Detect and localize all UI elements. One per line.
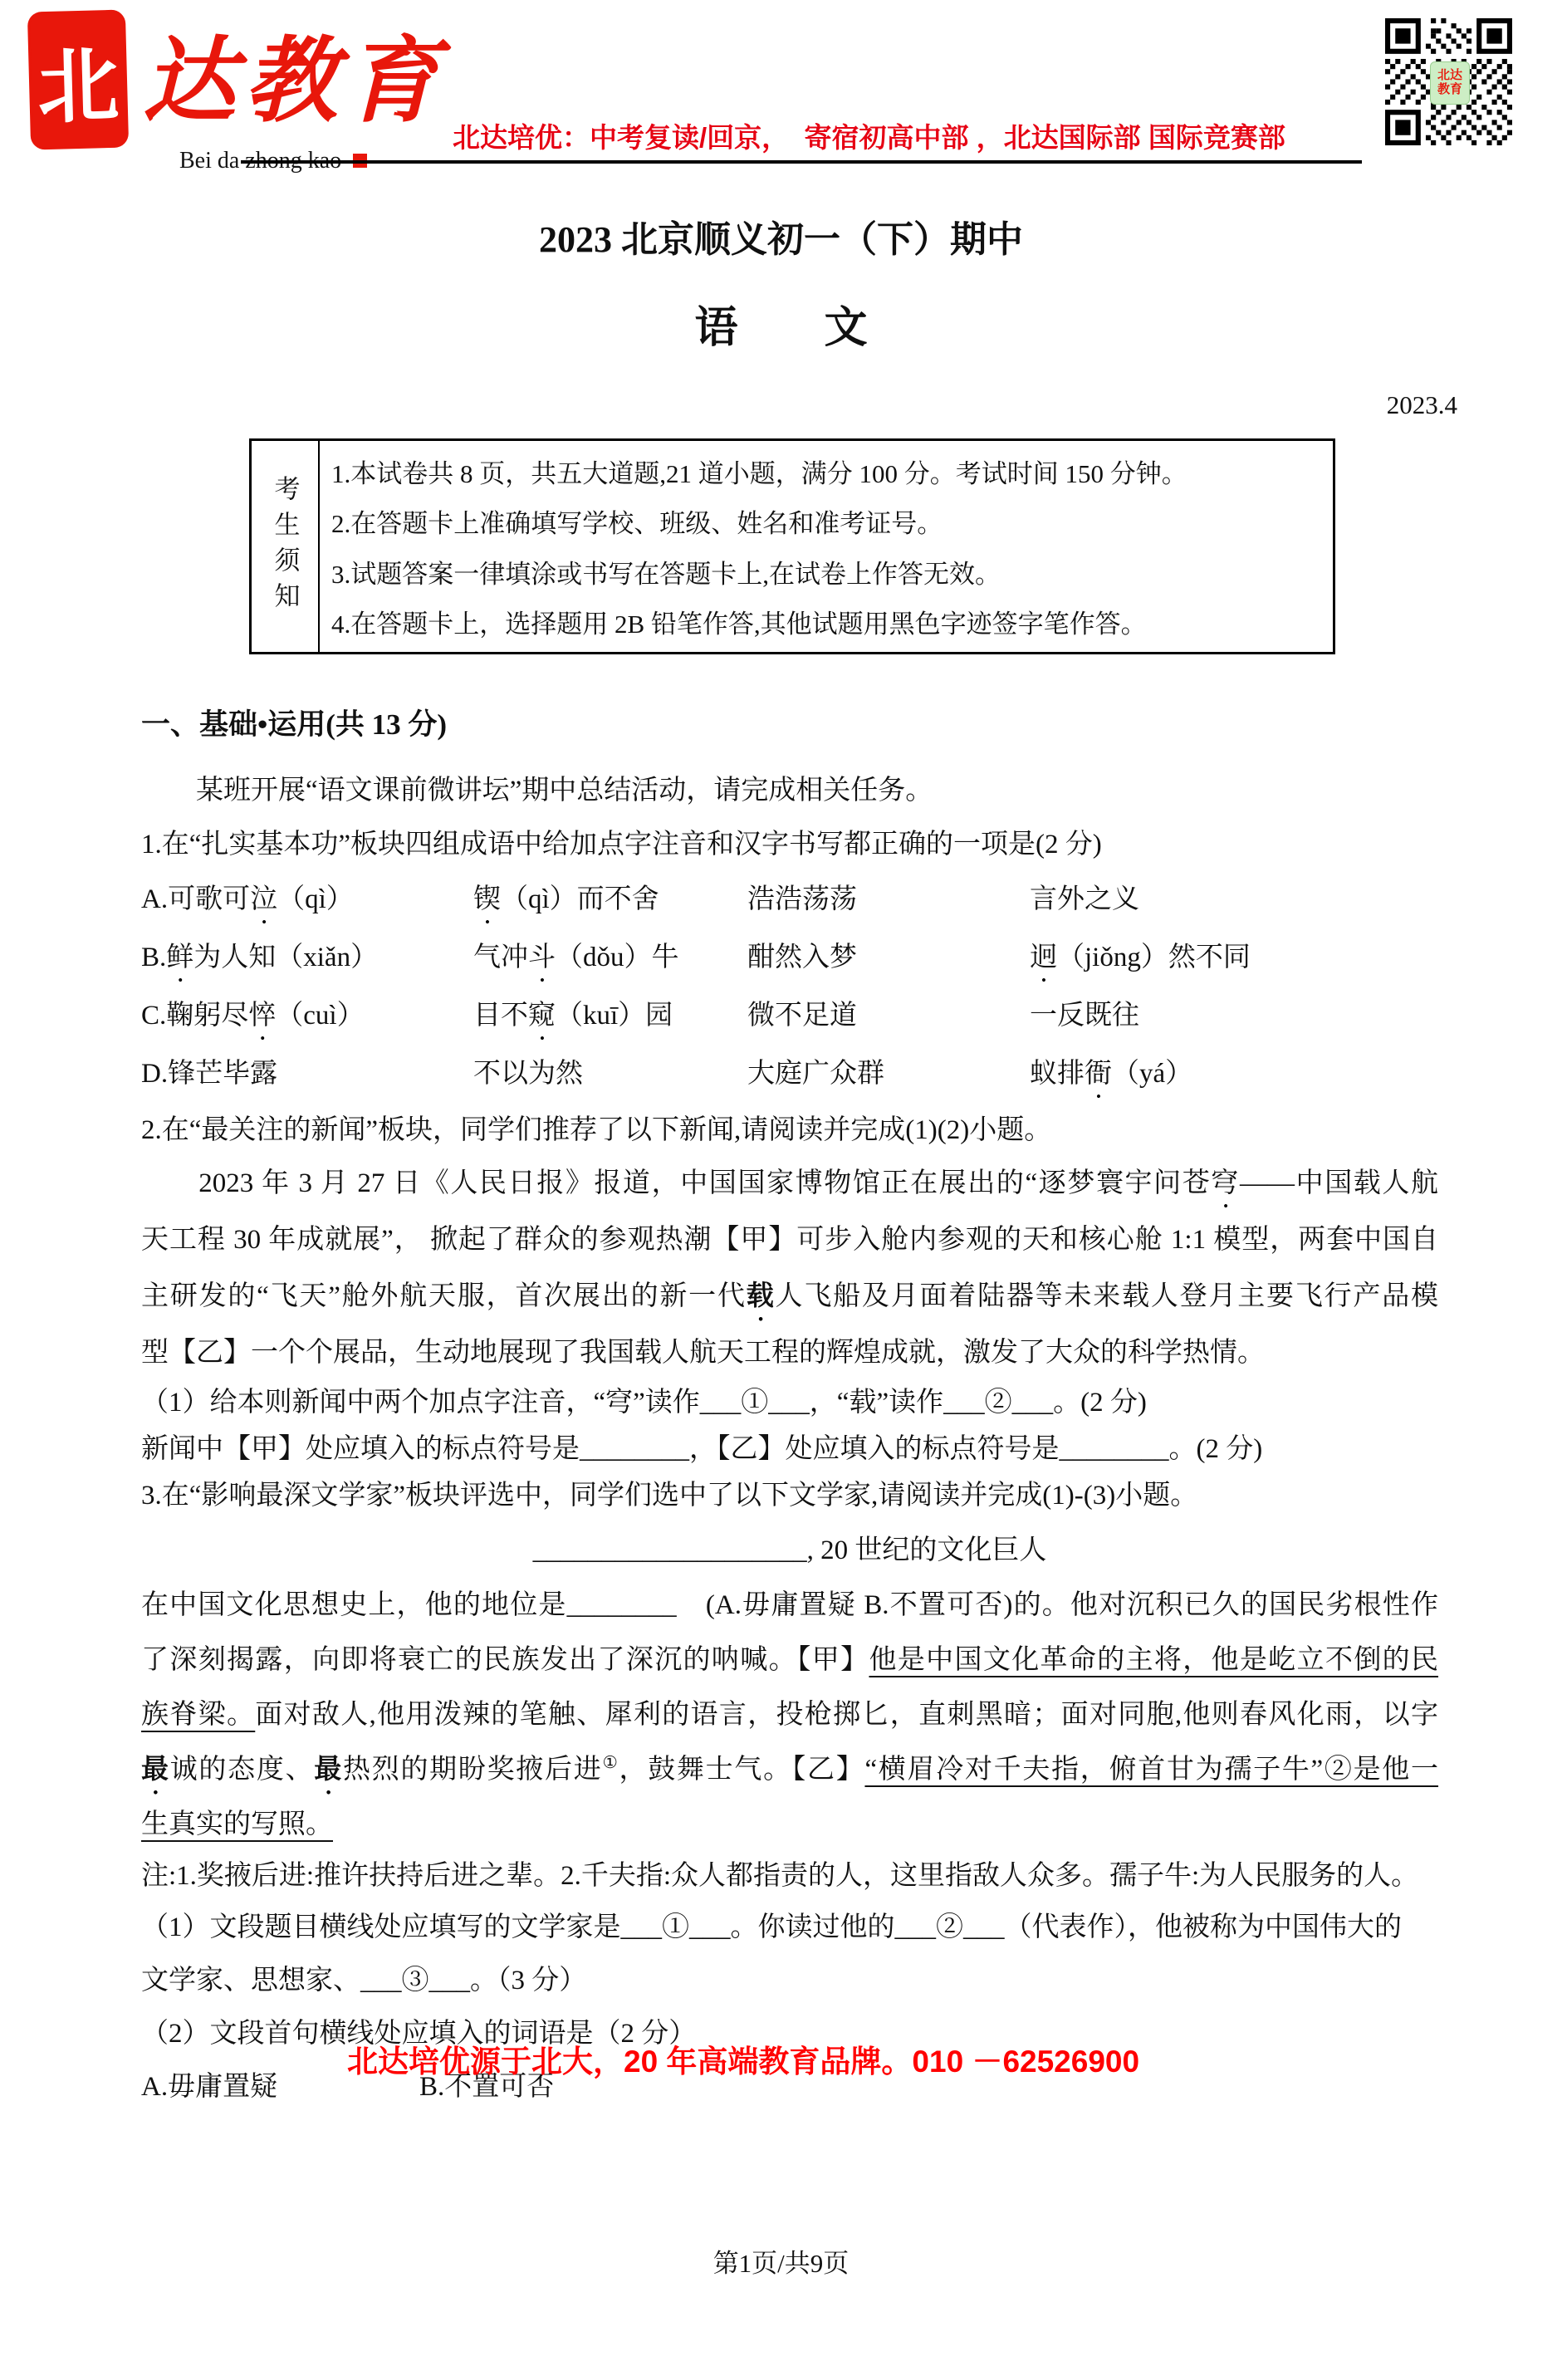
text-segment: 斗	[528, 943, 556, 972]
text-segment: （jiǒng）然不同	[1057, 943, 1251, 972]
text-segment: 载	[747, 1281, 776, 1311]
question-3: 3.在“影响最深文学家”板块评选中，同学们选中了以下文学家,请阅读并完成(1)-…	[141, 1473, 1438, 1512]
text-segment: 气冲	[473, 943, 528, 972]
text-segment: 为人知（xiǎn）	[193, 943, 378, 972]
text-segment: C.鞠躬尽	[141, 1001, 248, 1031]
option-cell: 酣然入梦	[747, 935, 857, 974]
option-cell: 目不窥（kuī）园	[473, 993, 673, 1046]
text-segment: “横眉冷对千夫指，俯首甘为孺子牛”②是他一	[864, 1755, 1438, 1785]
text-segment: 诚的态度、	[170, 1755, 315, 1785]
intro-line: 某班开展“语文课前微讲坛”期中总结活动，请完成相关任务。	[141, 768, 1438, 807]
option-cell: 气冲斗（dǒu）牛	[473, 935, 679, 988]
option-cell: B.鲜为人知（xiǎn）	[141, 935, 378, 988]
notice-item: 3.试题答案一律填涂或书写在答题卡上,在试卷上作答无效。	[331, 553, 1333, 590]
notice-side-cell: 考生须知	[252, 441, 320, 652]
notice-item: 2.在答题卡上准确填写学校、班级、姓名和准考证号。	[331, 502, 1333, 540]
text-segment: ①	[602, 1754, 619, 1772]
text-segment: 热烈的期盼奖掖后进	[343, 1755, 602, 1785]
news-paragraph-line: 2023 年 3 月 27 日《人民日报》报道，中国国家博物馆正在展出的“逐梦寰…	[141, 1161, 1438, 1214]
notice-box: 考生须知 1.本试卷共 8 页，共五大道题,21 道小题，满分 100 分。考试…	[249, 438, 1335, 654]
beida-logo-text: 达教育	[143, 7, 447, 140]
question-3-sub1-cont: 文学家、思想家、___③___。（3 分）	[141, 1958, 1438, 1997]
passage-line: 生真实的写照。	[141, 1802, 1438, 1841]
exam-title: 2023 北京顺义初一（下）期中	[0, 209, 1562, 262]
text-segment: 2.在“最关注的新闻”板块，同学们推荐了以下新闻,请阅读并完成(1)(2)小题。	[141, 1115, 1051, 1145]
beida-logo-seal: 北	[30, 12, 126, 148]
text-segment: D.锋芒毕露	[141, 1059, 277, 1089]
text-segment: 蚁排	[1030, 1059, 1085, 1089]
text-segment: ——中国载人航	[1240, 1168, 1438, 1198]
qr-code: 北达 教育	[1385, 18, 1512, 145]
text-segment: 最	[314, 1755, 343, 1785]
text-segment: 微不足道	[747, 1001, 857, 1031]
text-segment: ____________________, 20 世纪的文化巨人	[533, 1535, 1047, 1565]
option-cell: 锲（qì）而不舍	[473, 877, 659, 930]
text-segment: 迥	[1030, 943, 1057, 972]
text-segment: 他是中国文化革命的主将，他是屹立不倒的民	[869, 1645, 1438, 1675]
text-segment: 酣然入梦	[747, 943, 857, 972]
text-segment: 穹	[1211, 1168, 1240, 1198]
text-segment: 型【乙】一个个展品，生动地展现了我国载人航天工程的辉煌成就，激发了大众的科学热情…	[141, 1338, 1265, 1368]
text-segment: A.可歌可	[141, 884, 250, 914]
option-cell: A.毋庸置疑	[141, 2064, 277, 2103]
text-segment: 文学家、思想家、___③___。（3 分）	[141, 1966, 586, 1996]
text-segment: 大庭广众群	[747, 1059, 884, 1089]
text-segment: 窥	[528, 1001, 556, 1031]
option-cell: 蚁排衙（yá）	[1030, 1051, 1192, 1104]
text-segment: 衙	[1085, 1059, 1112, 1089]
text-segment: 人飞船及月面着陆器等未来载人登月主要飞行产品模	[776, 1281, 1438, 1311]
notice-item: 1.本试卷共 8 页，共五大道题,21 道小题，满分 100 分。考试时间 15…	[331, 453, 1333, 490]
text-segment: 不以为然	[473, 1059, 583, 1089]
exam-page: 北 达教育 Bei da zhong kao 北达培优：中考复读/回京， 寄宿初…	[0, 0, 1562, 2380]
option-cell: 大庭广众群	[747, 1051, 884, 1090]
qr-label-top: 北达	[1437, 69, 1462, 83]
text-segment: 浩浩荡荡	[747, 884, 857, 914]
page-footer: 第1页/共9页	[0, 2242, 1562, 2280]
option-cell: D.锋芒毕露	[141, 1051, 277, 1090]
qr-label-bottom: 教育	[1437, 83, 1462, 97]
text-segment: 族脊梁。	[141, 1700, 255, 1730]
header-tagline: 北达培优：中考复读/回京， 寄宿初高中部 ，北达国际部 国际竞赛部	[453, 116, 1285, 155]
section-heading: 一、基础•运用(共 13 分)	[141, 702, 1438, 743]
notice-side-label: 考生须知	[267, 475, 304, 618]
text-segment: 一反既往	[1030, 1001, 1139, 1031]
passage-title: ____________________, 20 世纪的文化巨人	[141, 1528, 1438, 1567]
option-cell: 迥（jiǒng）然不同	[1030, 935, 1251, 988]
passage-line: 在中国文化思想史上，他的地位是________ (A.毋庸置疑 B.不置可否)的…	[141, 1583, 1438, 1622]
question-2-sub2: 新闻中【甲】处应填入的标点符号是________，【乙】处应填入的标点符号是__…	[141, 1427, 1438, 1466]
option-cell: C.鞠躬尽悴（cuì）	[141, 993, 365, 1046]
text-segment: （qì）而不舍	[501, 884, 659, 914]
passage-line: 族脊梁。面对敌人,他用泼辣的笔触、犀利的语言，投枪掷匕，直刺黑暗；面对同胞,他则…	[141, 1692, 1438, 1731]
exam-date: 2023.4	[1246, 390, 1457, 420]
option-cell: 微不足道	[747, 993, 857, 1032]
text-segment: 3.在“影响最深文学家”板块评选中，同学们选中了以下文学家,请阅读并完成(1)-…	[141, 1481, 1197, 1511]
text-segment: 最	[141, 1755, 170, 1785]
text-segment: 天工程 30 年成就展”， 掀起了群众的参观热潮【甲】可步入舱内参观的天和核心舱…	[141, 1225, 1438, 1255]
text-segment: 泣	[250, 884, 277, 914]
option-cell: 浩浩荡荡	[747, 877, 857, 916]
text-segment: 言外之义	[1030, 884, 1139, 914]
text-segment: （yá）	[1112, 1059, 1192, 1089]
seal-char: 北	[36, 20, 120, 140]
passage-line: 最诚的态度、最热烈的期盼奖掖后进①，鼓舞士气。【乙】“横眉冷对千夫指，俯首甘为孺…	[141, 1747, 1438, 1800]
text-segment: （1）给本则新闻中两个加点字注音，“穹”读作___①___，“载”读作___②_…	[141, 1388, 1147, 1418]
text-segment: 悴	[248, 1001, 276, 1031]
passage-line: 了深刻揭露，向即将衰亡的民族发出了深沉的呐喊。【甲】他是中国文化革命的主将，他是…	[141, 1638, 1438, 1677]
text-segment: 了深刻揭露，向即将衰亡的民族发出了深沉的呐喊。【甲】	[141, 1645, 869, 1675]
option-cell: 不以为然	[473, 1051, 583, 1090]
text-segment: 锲	[473, 884, 501, 914]
question-1: 1.在“扎实基本功”板块四组成语中给加点字注音和汉字书写都正确的一项是(2 分)	[141, 822, 1438, 861]
notice-items: 1.本试卷共 8 页，共五大道题,21 道小题，满分 100 分。考试时间 15…	[320, 441, 1333, 652]
text-segment: B.	[141, 943, 166, 972]
text-segment: 目不	[473, 1001, 528, 1031]
news-paragraph-line: 型【乙】一个个展品，生动地展现了我国载人航天工程的辉煌成就，激发了大众的科学热情…	[141, 1330, 1438, 1369]
text-segment: （kuī）园	[556, 1001, 673, 1031]
text-segment: （dǒu）牛	[556, 943, 679, 972]
text-segment: ，鼓舞士气。【乙】	[619, 1755, 865, 1785]
text-segment: 1.在“扎实基本功”板块四组成语中给加点字注音和汉字书写都正确的一项是(2 分)	[141, 830, 1102, 859]
option-cell: 言外之义	[1030, 877, 1139, 916]
text-segment: 一、基础•运用(共 13 分)	[141, 708, 447, 741]
text-segment: 主研发的“飞天”舱外航天服，首次展出的新一代	[141, 1281, 747, 1311]
option-cell: 一反既往	[1030, 993, 1139, 1032]
text-segment: 生真实的写照。	[141, 1809, 333, 1839]
text-segment: （1）文段题目横线处应填写的文学家是___①___。你读过他的___②___（代…	[141, 1912, 1402, 1942]
question-2: 2.在“最关注的新闻”板块，同学们推荐了以下新闻,请阅读并完成(1)(2)小题。	[141, 1108, 1438, 1147]
text-segment: A.毋庸置疑	[141, 2072, 277, 2102]
text-segment: （qì）	[277, 884, 354, 914]
text-segment: 鲜	[166, 943, 193, 972]
text-segment: 某班开展“语文课前微讲坛”期中总结活动，请完成相关任务。	[141, 776, 933, 806]
passage-note: 注:1.奖掖后进:推许扶持后进之辈。2.千夫指:众人都指责的人，这里指敌人众多。…	[141, 1854, 1438, 1893]
qr-center-label: 北达 教育	[1430, 61, 1470, 105]
text-segment: 2023 年 3 月 27 日《人民日报》报道，中国国家博物馆正在展出的“逐梦寰…	[141, 1168, 1211, 1198]
text-segment: （cuì）	[276, 1001, 364, 1031]
question-3-sub1: （1）文段题目横线处应填写的文学家是___①___。你读过他的___②___（代…	[141, 1905, 1438, 1944]
news-paragraph-line: 主研发的“飞天”舱外航天服，首次展出的新一代载人飞船及月面着陆器等未来载人登月主…	[141, 1274, 1438, 1327]
watermark-text: 北达培优源于北大，20 年高端教育品牌。010 －62526900	[347, 2036, 1139, 2081]
option-cell: A.可歌可泣（qì）	[141, 877, 354, 930]
question-2-sub1: （1）给本则新闻中两个加点字注音，“穹”读作___①___，“载”读作___②_…	[141, 1380, 1438, 1419]
text-segment: 在中国文化思想史上，他的地位是________ (A.毋庸置疑 B.不置可否)的…	[141, 1590, 1438, 1620]
notice-item: 4.在答题卡上，选择题用 2B 铅笔作答,其他试题用黑色字迹签字笔作答。	[331, 603, 1333, 640]
text-segment: 新闻中【甲】处应填入的标点符号是________，【乙】处应填入的标点符号是__…	[141, 1434, 1262, 1464]
header-rule	[241, 160, 1362, 164]
text-segment: 注:1.奖掖后进:推许扶持后进之辈。2.千夫指:众人都指责的人，这里指敌人众多。…	[141, 1861, 1418, 1891]
text-segment: 面对敌人,他用泼辣的笔触、犀利的语言，投枪掷匕，直刺黑暗；面对同胞,他则春风化雨…	[255, 1700, 1438, 1730]
news-paragraph-line: 天工程 30 年成就展”， 掀起了群众的参观热潮【甲】可步入舱内参观的天和核心舱…	[141, 1217, 1438, 1256]
subject-title: 语 文	[0, 292, 1562, 355]
